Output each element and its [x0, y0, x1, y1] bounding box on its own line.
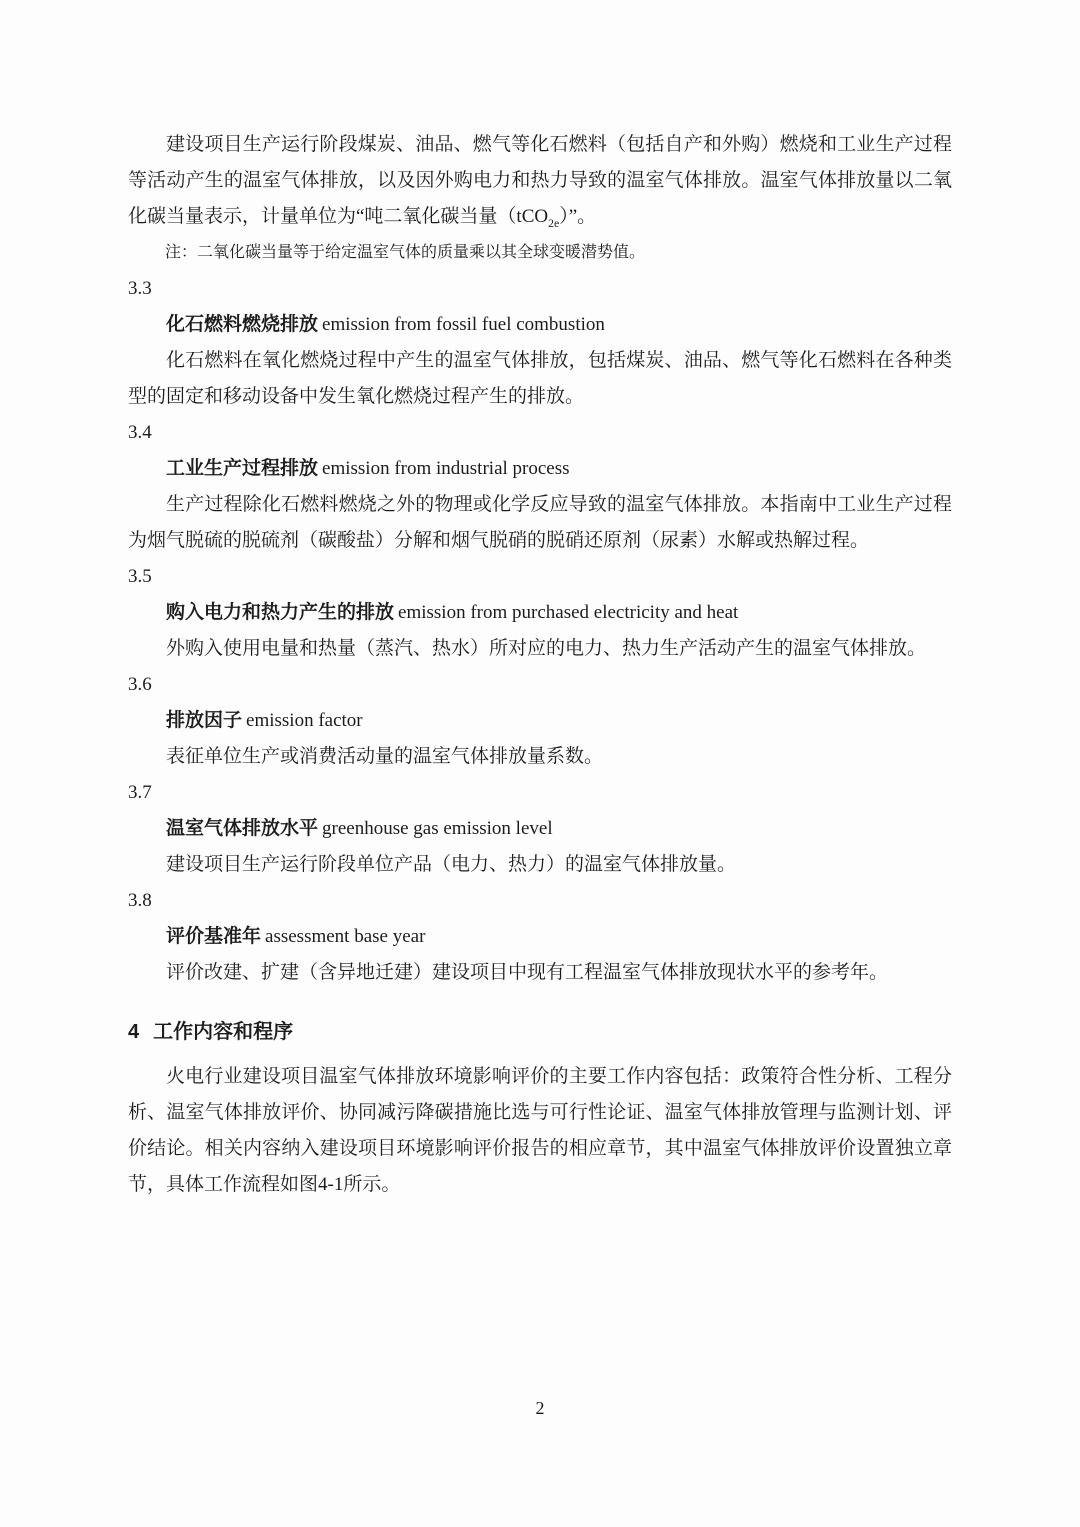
intro-text-after-subscript: ）”。 — [559, 206, 596, 227]
clause-number: 3.7 — [128, 775, 952, 811]
clause-3-6: 3.6 排放因子emission factor 表征单位生产或消费活动量的温室气… — [128, 667, 952, 775]
term-line: 化石燃料燃烧排放emission from fossil fuel combus… — [128, 307, 952, 343]
definition-text: 化石燃料在氧化燃烧过程中产生的温室气体排放，包括煤炭、油品、燃气等化石燃料在各种… — [128, 343, 952, 415]
document-page: 建设项目生产运行阶段煤炭、油品、燃气等化石燃料（包括自产和外购）燃烧和工业生产过… — [0, 0, 1080, 1527]
clause-number: 3.4 — [128, 415, 952, 451]
clause-3-8: 3.8 评价基准年assessment base year 评价改建、扩建（含异… — [128, 883, 952, 991]
term-english: emission factor — [246, 710, 363, 731]
definition-text: 表征单位生产或消费活动量的温室气体排放量系数。 — [128, 739, 952, 775]
term-chinese: 购入电力和热力产生的排放 — [166, 602, 394, 623]
page-content: 建设项目生产运行阶段煤炭、油品、燃气等化石燃料（包括自产和外购）燃烧和工业生产过… — [0, 0, 1080, 1203]
clause-number: 3.3 — [128, 271, 952, 307]
term-line: 工业生产过程排放emission from industrial process — [128, 451, 952, 487]
term-english: assessment base year — [265, 926, 425, 947]
term-english: emission from fossil fuel combustion — [322, 314, 605, 335]
section-4-heading: 4工作内容和程序 — [128, 1014, 952, 1050]
term-chinese: 温室气体排放水平 — [166, 818, 318, 839]
clause-number: 3.6 — [128, 667, 952, 703]
definition-text: 外购入使用电量和热量（蒸汽、热水）所对应的电力、热力生产活动产生的温室气体排放。 — [128, 631, 952, 667]
clause-3-3: 3.3 化石燃料燃烧排放emission from fossil fuel co… — [128, 271, 952, 415]
clause-number: 3.5 — [128, 559, 952, 595]
definition-text: 生产过程除化石燃料燃烧之外的物理或化学反应导致的温室气体排放。本指南中工业生产过… — [128, 487, 952, 559]
term-line: 评价基准年assessment base year — [128, 919, 952, 955]
term-line: 温室气体排放水平greenhouse gas emission level — [128, 811, 952, 847]
clause-3-5: 3.5 购入电力和热力产生的排放emission from purchased … — [128, 559, 952, 667]
term-english: emission from industrial process — [322, 458, 570, 479]
clause-3-7: 3.7 温室气体排放水平greenhouse gas emission leve… — [128, 775, 952, 883]
definition-text: 评价改建、扩建（含异地迁建）建设项目中现有工程温室气体排放现状水平的参考年。 — [128, 955, 952, 991]
section-title: 工作内容和程序 — [153, 1021, 293, 1043]
term-chinese: 排放因子 — [166, 710, 242, 731]
term-chinese: 工业生产过程排放 — [166, 458, 318, 479]
co2e-subscript: 2e — [548, 217, 559, 230]
term-english: emission from purchased electricity and … — [398, 602, 738, 623]
clause-number: 3.8 — [128, 883, 952, 919]
clause-3-4: 3.4 工业生产过程排放emission from industrial pro… — [128, 415, 952, 559]
definition-text: 建设项目生产运行阶段单位产品（电力、热力）的温室气体排放量。 — [128, 847, 952, 883]
intro-paragraph: 建设项目生产运行阶段煤炭、油品、燃气等化石燃料（包括自产和外购）燃烧和工业生产过… — [128, 127, 952, 235]
term-line: 购入电力和热力产生的排放emission from purchased elec… — [128, 595, 952, 631]
intro-text-before-subscript: 建设项目生产运行阶段煤炭、油品、燃气等化石燃料（包括自产和外购）燃烧和工业生产过… — [128, 134, 952, 227]
page-number: 2 — [0, 1398, 1080, 1419]
section-4-paragraph: 火电行业建设项目温室气体排放环境影响评价的主要工作内容包括：政策符合性分析、工程… — [128, 1059, 952, 1203]
section-number: 4 — [128, 1021, 139, 1043]
term-english: greenhouse gas emission level — [322, 818, 553, 839]
term-chinese: 评价基准年 — [166, 926, 261, 947]
term-line: 排放因子emission factor — [128, 703, 952, 739]
term-chinese: 化石燃料燃烧排放 — [166, 314, 318, 335]
co2e-note: 注：二氧化碳当量等于给定温室气体的质量乘以其全球变暖潜势值。 — [128, 235, 952, 271]
